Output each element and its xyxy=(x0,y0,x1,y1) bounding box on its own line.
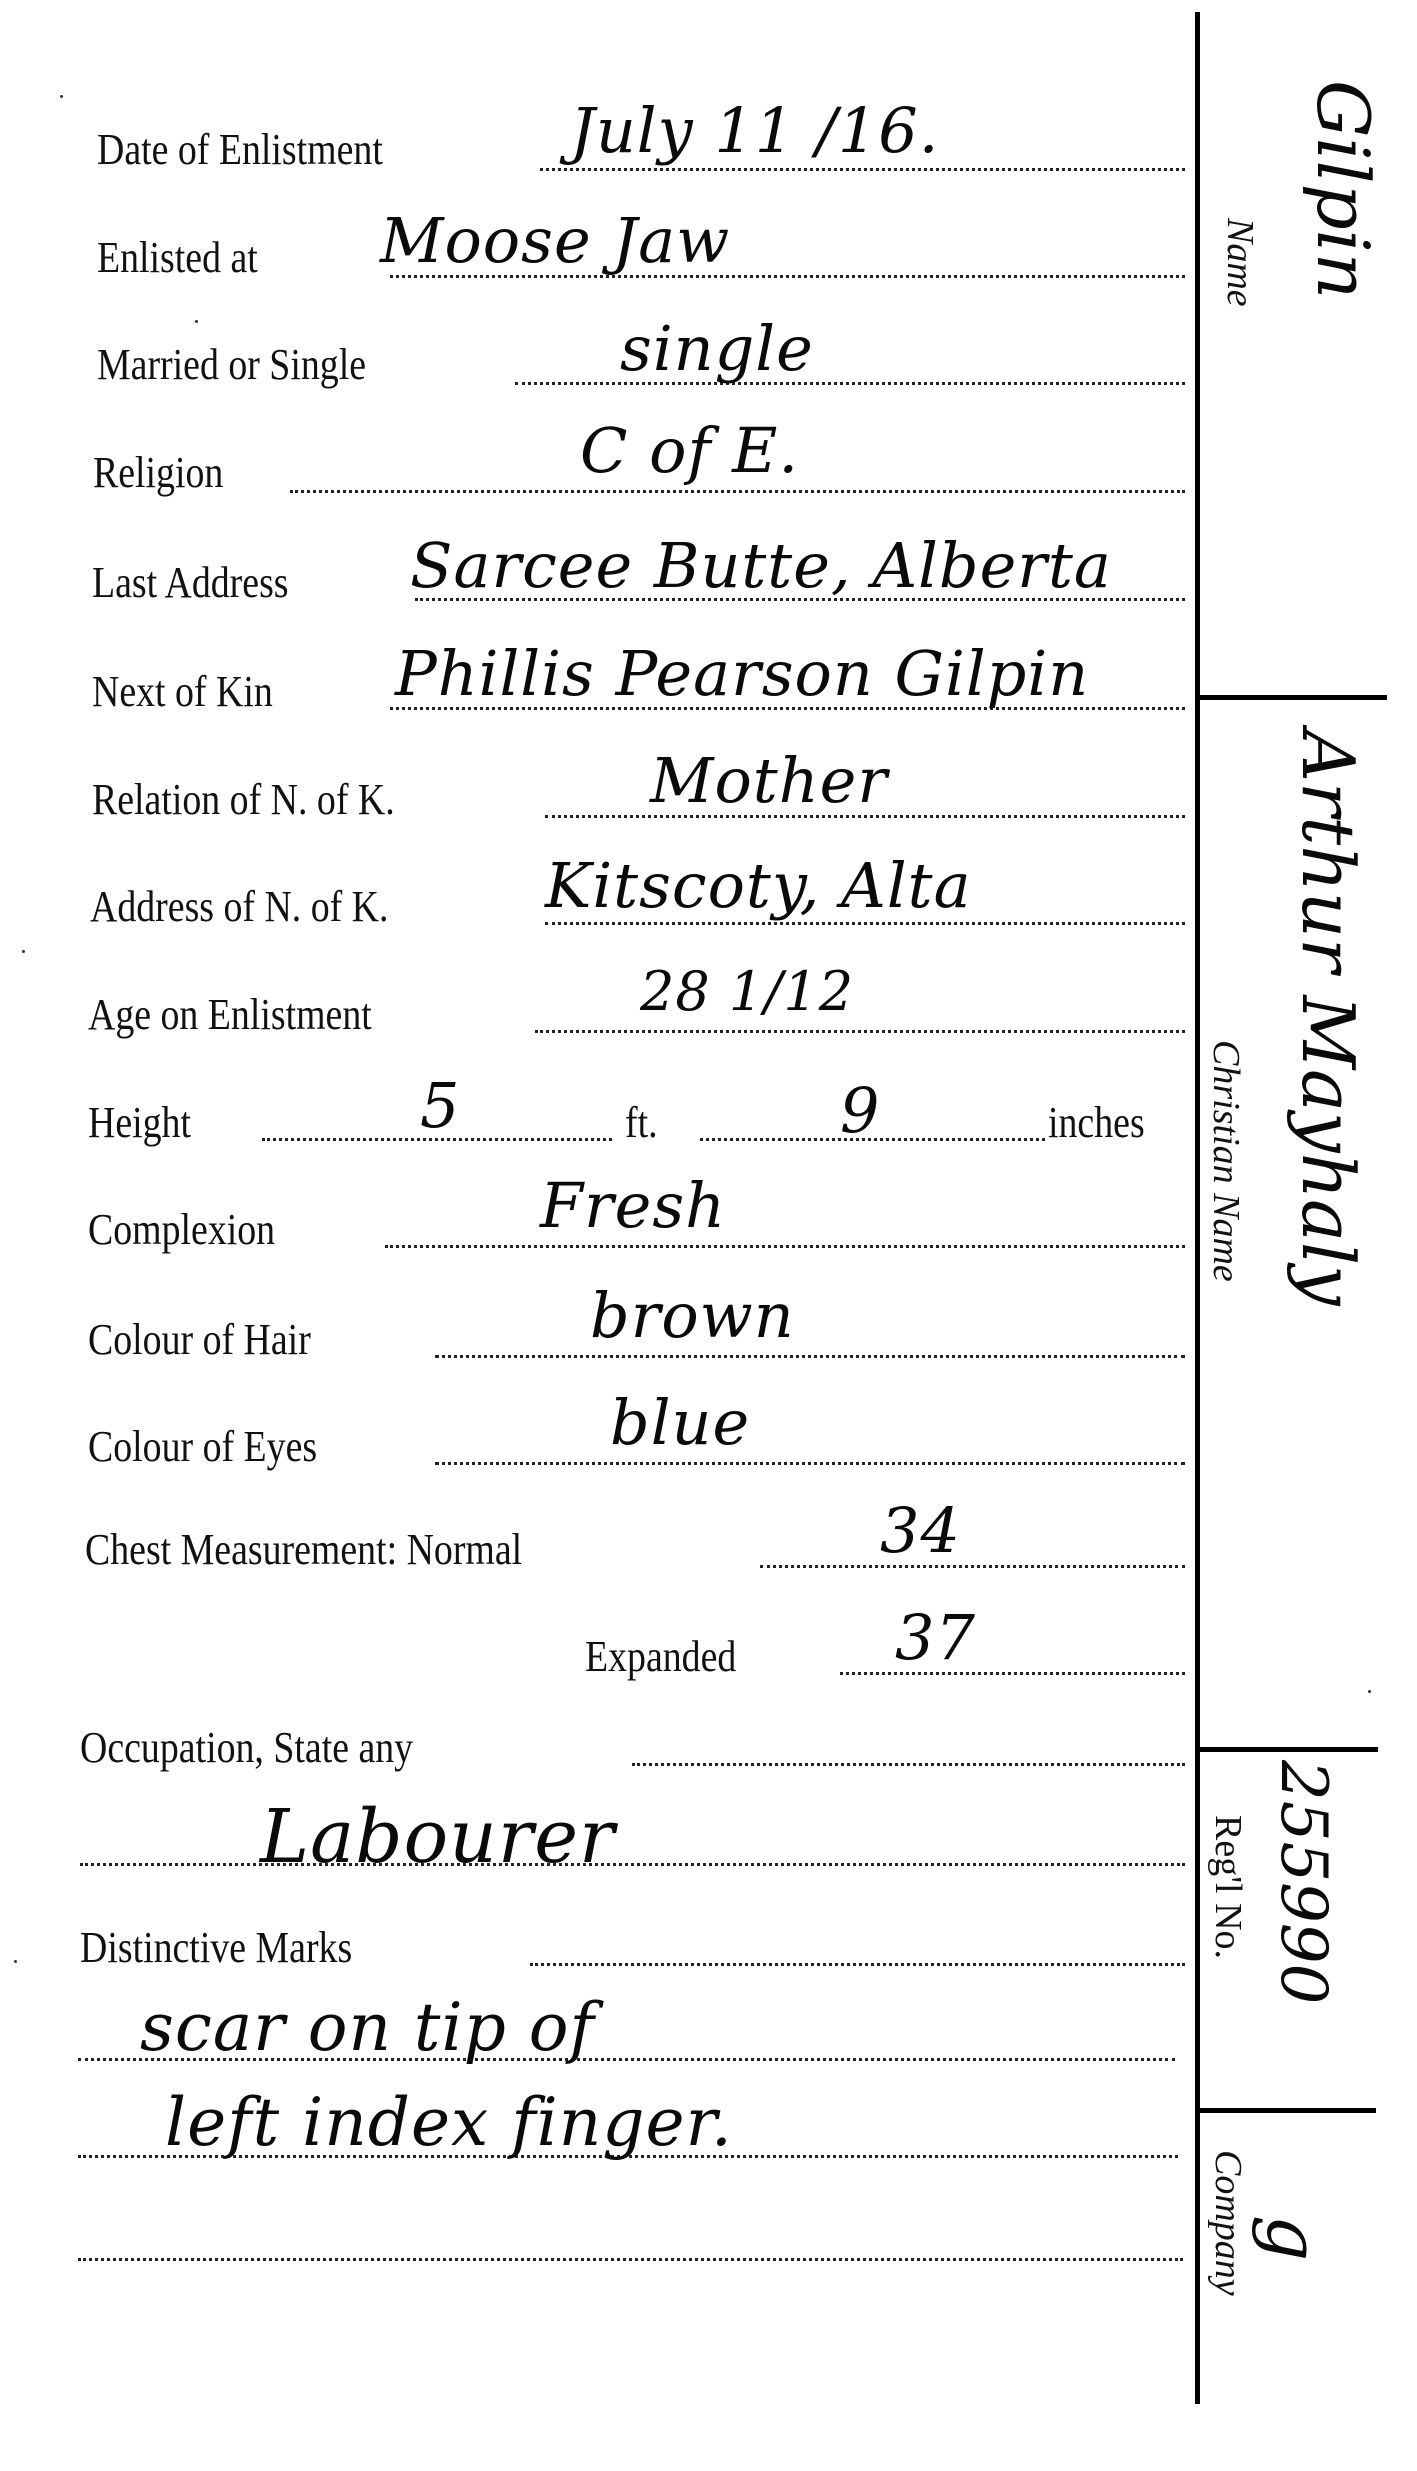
value-colour-of-hair: brown xyxy=(590,1285,795,1347)
label-address-of-nok: Address of N. of K. xyxy=(90,885,388,929)
dotted-line xyxy=(290,490,1185,493)
value-address-of-nok: Kitscoty, Alta xyxy=(545,855,972,917)
dotted-line xyxy=(515,382,1185,385)
sidebar-divider-name xyxy=(1195,695,1387,700)
dotted-line xyxy=(435,1462,1185,1465)
dotted-line xyxy=(530,1963,1185,1966)
value-relation-of-nok: Mother xyxy=(650,750,888,812)
sidebar-divider-regt-no xyxy=(1198,2108,1376,2113)
value-distinctive-marks-line2: left index finger. xyxy=(165,2090,733,2156)
dotted-line xyxy=(78,2258,1183,2261)
value-chest-expanded: 37 xyxy=(895,1607,976,1669)
dotted-line xyxy=(840,1672,1185,1675)
scan-speck xyxy=(1368,1690,1371,1693)
attestation-card: Date of Enlistment July 11 /16. Enlisted… xyxy=(0,0,1417,2471)
value-enlisted-at: Moose Jaw xyxy=(380,210,730,272)
value-chest-normal: 34 xyxy=(880,1500,961,1562)
dotted-line xyxy=(385,1245,1185,1248)
label-chest-normal: Chest Measurement: Normal xyxy=(85,1528,522,1572)
value-distinctive-marks-line1: scar on tip of xyxy=(140,1995,595,2061)
scan-speck xyxy=(195,320,198,323)
value-height-in: 9 xyxy=(840,1080,880,1142)
label-inches: inches xyxy=(1048,1101,1145,1145)
dotted-line xyxy=(540,168,1185,171)
label-colour-of-hair: Colour of Hair xyxy=(88,1318,311,1362)
value-religion: C of E. xyxy=(580,420,799,482)
label-last-address: Last Address xyxy=(92,561,289,605)
dotted-line xyxy=(435,1355,1185,1358)
label-next-of-kin: Next of Kin xyxy=(92,670,273,714)
value-colour-of-eyes: blue xyxy=(610,1392,750,1454)
value-complexion: Fresh xyxy=(540,1175,726,1237)
dotted-line xyxy=(760,1565,1185,1568)
value-age-on-enlistment: 28 1/12 xyxy=(640,965,854,1019)
sidebar-name-label: Name xyxy=(1218,218,1262,307)
scan-speck xyxy=(60,95,63,98)
dotted-line xyxy=(80,1863,1185,1866)
dotted-line xyxy=(535,1030,1185,1033)
dotted-line xyxy=(632,1763,1185,1766)
sidebar-regt-no-value: 255990 xyxy=(1266,1760,1340,2004)
label-complexion: Complexion xyxy=(88,1208,275,1252)
label-height: Height xyxy=(88,1101,191,1145)
label-colour-of-eyes: Colour of Eyes xyxy=(88,1425,317,1469)
label-chest-expanded: Expanded xyxy=(585,1635,736,1679)
label-married-or-single: Married or Single xyxy=(97,343,366,387)
label-distinctive-marks: Distinctive Marks xyxy=(80,1926,352,1970)
sidebar-name-value: Gilpin xyxy=(1301,80,1385,299)
label-religion: Religion xyxy=(93,451,223,495)
label-occupation: Occupation, State any xyxy=(80,1726,413,1770)
sidebar-divider-vertical xyxy=(1195,12,1200,2404)
value-height-ft: 5 xyxy=(420,1075,460,1137)
value-occupation: Labourer xyxy=(260,1800,615,1874)
dotted-line xyxy=(545,922,1185,925)
scan-speck xyxy=(14,1960,17,1963)
label-age-on-enlistment: Age on Enlistment xyxy=(88,993,372,1037)
sidebar-christian-name-label: Christian Name xyxy=(1204,1040,1248,1282)
label-date-of-enlistment: Date of Enlistment xyxy=(97,128,383,172)
value-last-address: Sarcee Butte, Alberta xyxy=(410,535,1112,597)
sidebar-company-label: Company xyxy=(1206,2150,1250,2296)
sidebar-regt-no-label: Reg'l No. xyxy=(1206,1815,1250,1959)
label-ft: ft. xyxy=(625,1101,658,1145)
scan-speck xyxy=(22,950,25,953)
label-relation-of-nok: Relation of N. of K. xyxy=(92,778,395,822)
value-married-or-single: single xyxy=(620,318,814,380)
sidebar-christian-name-value: Arthur Mayhaly xyxy=(1286,730,1370,1306)
sidebar-company-value: g xyxy=(1251,2215,1335,2261)
label-enlisted-at: Enlisted at xyxy=(97,236,258,280)
value-date-of-enlistment: July 11 /16. xyxy=(570,100,939,162)
sidebar-divider-christian-name xyxy=(1198,1747,1378,1752)
value-next-of-kin: Phillis Pearson Gilpin xyxy=(395,643,1089,705)
